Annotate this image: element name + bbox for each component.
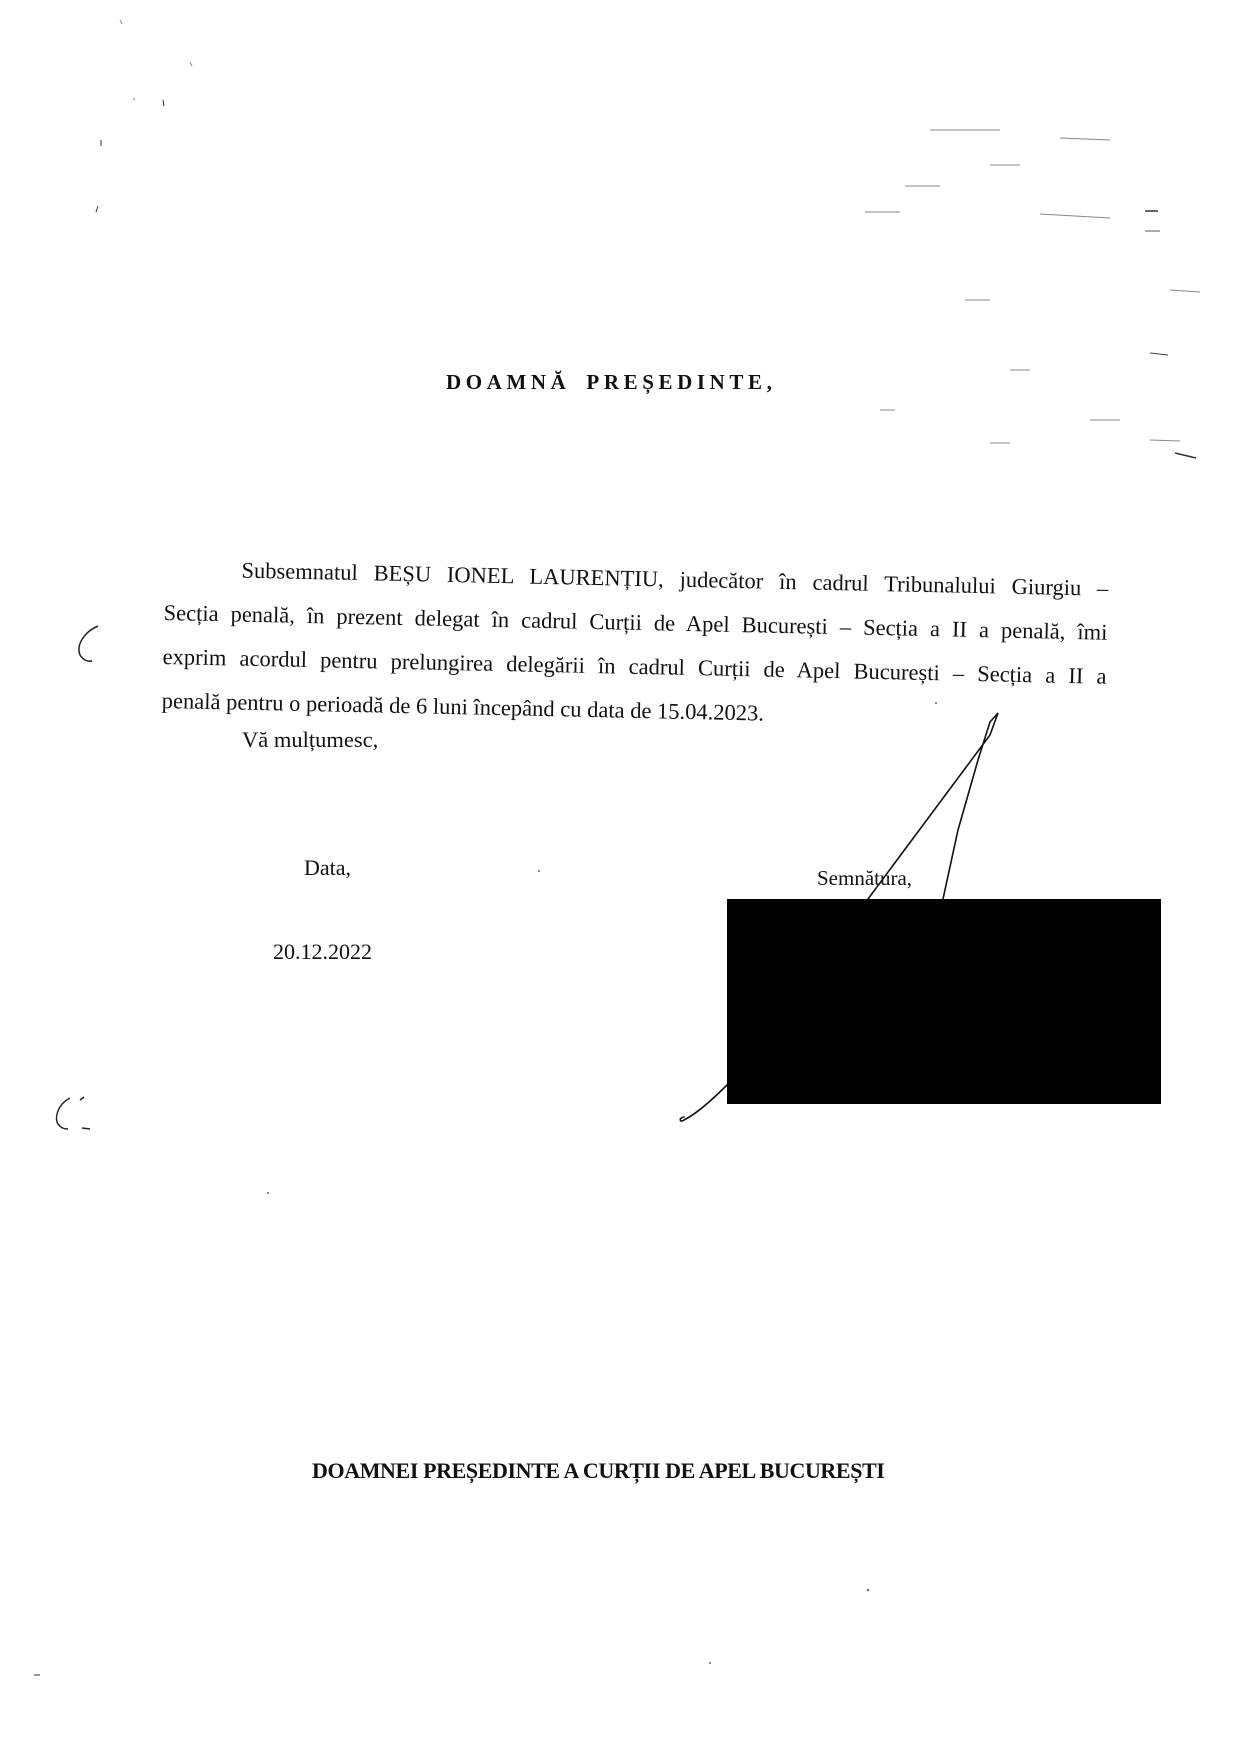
scan-dots [267,702,1050,1664]
date-value: 20.12.2022 [273,939,372,965]
heading-word-1: DOAMNĂ [446,370,570,394]
addressee-heading: DOAMNEI PREȘEDINTE A CURȚII DE APEL BUCU… [312,1458,884,1484]
margin-marks [57,626,99,1129]
closing-text: Vă mulțumesc, [242,727,378,753]
date-label: Data, [304,855,351,881]
scan-noise [34,20,1200,1675]
scan-marks [0,0,1240,1755]
heading-word-2: PREȘEDINTE, [586,370,776,394]
request-paragraph: Subsemnatul BEȘU IONEL LAURENȚIU, judecă… [161,547,1108,743]
signature-redaction-box [727,899,1161,1104]
signature-label: Semnătura, [817,866,912,891]
document-heading: DOAMNĂPREȘEDINTE, [446,370,776,395]
